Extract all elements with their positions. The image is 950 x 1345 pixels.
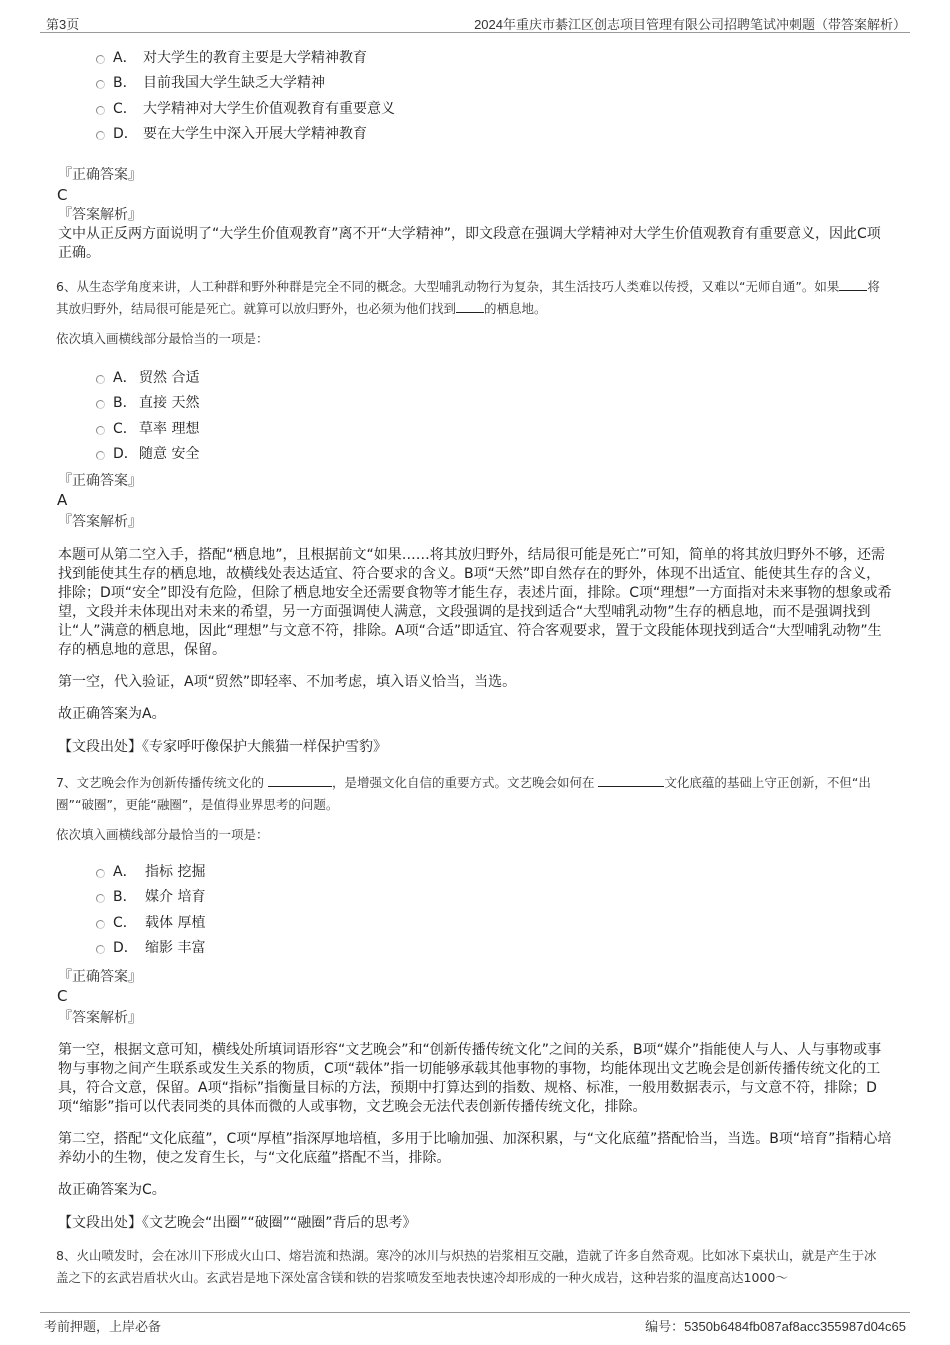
- correct-answer-label: 『正确答案』: [58, 166, 142, 185]
- page-header: 第3页 2024年重庆市綦江区创志项目管理有限公司招聘笔试冲刺题（带答案解析）: [40, 12, 910, 33]
- q7-analysis-p1: 第一空，根据文意可知，横线处所填词语形容“文艺晚会”和“创新传播传统文化”之间的…: [58, 1041, 893, 1117]
- q6-prompt: 依次填入画横线部分最恰当的一项是：: [56, 328, 269, 350]
- radio-icon[interactable]: [96, 451, 105, 460]
- q5-option-b[interactable]: B．目前我国大学生缺乏大学精神: [96, 70, 395, 96]
- q6-answer: A: [57, 491, 67, 510]
- q6-analysis-p1: 本题可从第二空入手，搭配“栖息地”，且根据前文“如果……将其放归野外，结局很可能…: [58, 546, 893, 660]
- q7-analysis-p3: 故正确答案为C。: [58, 1181, 166, 1200]
- q5-options: A．对大学生的教育主要是大学精神教育 B．目前我国大学生缺乏大学精神 C．大学精…: [96, 44, 395, 146]
- radio-icon[interactable]: [96, 869, 105, 878]
- q7-option-a[interactable]: A．指标 挖掘: [96, 858, 205, 884]
- q6-source: 【文段出处】《专家呼吁像保护大熊猫一样保护雪豹》: [58, 738, 387, 757]
- document-code: 编号：5350b6484fb087af8acc355987d04c65: [645, 1316, 906, 1335]
- q5-option-d[interactable]: D．要在大学生中深入开展大学精神教育: [96, 121, 395, 147]
- radio-icon[interactable]: [96, 945, 105, 954]
- radio-icon[interactable]: [96, 80, 105, 89]
- q6-option-d[interactable]: D．随意 安全: [96, 441, 199, 467]
- q7-option-c[interactable]: C．载体 厚植: [96, 909, 205, 935]
- blank: [268, 786, 332, 787]
- radio-icon[interactable]: [96, 131, 105, 140]
- footer-slogan: 考前押题，上岸必备: [44, 1316, 161, 1335]
- radio-icon[interactable]: [96, 920, 105, 929]
- q7-option-b[interactable]: B．媒介 培育: [96, 884, 205, 910]
- q7-source: 【文段出处】《文艺晚会“出圈”“破圈”“融圈”背后的思考》: [58, 1214, 417, 1233]
- radio-icon[interactable]: [96, 400, 105, 409]
- blank: [456, 312, 484, 313]
- q6-option-c[interactable]: C．草率 理想: [96, 415, 199, 441]
- q5-analysis: 文中从正反两方面说明了“大学生价值观教育”离不开“大学精神”，即文段意在强调大学…: [58, 225, 893, 263]
- radio-icon[interactable]: [96, 894, 105, 903]
- analysis-label: 『答案解析』: [58, 513, 142, 532]
- analysis-label: 『答案解析』: [58, 206, 142, 225]
- blank: [839, 290, 867, 291]
- radio-icon[interactable]: [96, 106, 105, 115]
- blank: [598, 786, 664, 787]
- radio-icon[interactable]: [96, 375, 105, 384]
- q6-option-a[interactable]: A．贸然 合适: [96, 364, 199, 390]
- q7-option-d[interactable]: D．缩影 丰富: [96, 935, 205, 961]
- analysis-label: 『答案解析』: [58, 1009, 142, 1028]
- q7-options: A．指标 挖掘 B．媒介 培育 C．载体 厚植 D．缩影 丰富: [96, 858, 205, 960]
- q5-option-c[interactable]: C．大学精神对大学生价值观教育有重要意义: [96, 95, 395, 121]
- correct-answer-label: 『正确答案』: [58, 472, 142, 491]
- q5-answer: C: [57, 186, 67, 205]
- q6-analysis-p2: 第一空，代入验证，A项“贸然”即轻率、不加考虑，填入语义恰当，当选。: [58, 673, 893, 692]
- q5-option-a[interactable]: A．对大学生的教育主要是大学精神教育: [96, 44, 395, 70]
- q7-stem: 7、文艺晚会作为创新传播传统文化的 ，是增强文化自信的重要方式。文艺晚会如何在 …: [56, 772, 886, 816]
- q7-answer: C: [57, 987, 67, 1006]
- document-title: 2024年重庆市綦江区创志项目管理有限公司招聘笔试冲刺题（带答案解析）: [474, 14, 906, 33]
- q6-option-b[interactable]: B．直接 天然: [96, 390, 199, 416]
- q7-analysis-p2: 第二空，搭配“文化底蕴”，C项“厚植”指深厚地培植，多用于比喻加强、加深积累，与…: [58, 1130, 893, 1168]
- page-footer: 考前押题，上岸必备 编号：5350b6484fb087af8acc355987d…: [40, 1312, 910, 1333]
- page-number: 第3页: [46, 14, 79, 33]
- q6-stem: 6、从生态学角度来讲，人工种群和野外种群是完全不同的概念。大型哺乳动物行为复杂，…: [56, 276, 886, 320]
- correct-answer-label: 『正确答案』: [58, 968, 142, 987]
- q6-options: A．贸然 合适 B．直接 天然 C．草率 理想 D．随意 安全: [96, 364, 199, 466]
- q7-prompt: 依次填入画横线部分最恰当的一项是：: [56, 824, 269, 846]
- radio-icon[interactable]: [96, 55, 105, 64]
- radio-icon[interactable]: [96, 426, 105, 435]
- q6-analysis-p3: 故正确答案为A。: [58, 705, 166, 724]
- q8-stem: 8、火山喷发时，会在冰川下形成火山口、熔岩流和热湖。寒冷的冰川与炽热的岩浆相互交…: [56, 1245, 886, 1289]
